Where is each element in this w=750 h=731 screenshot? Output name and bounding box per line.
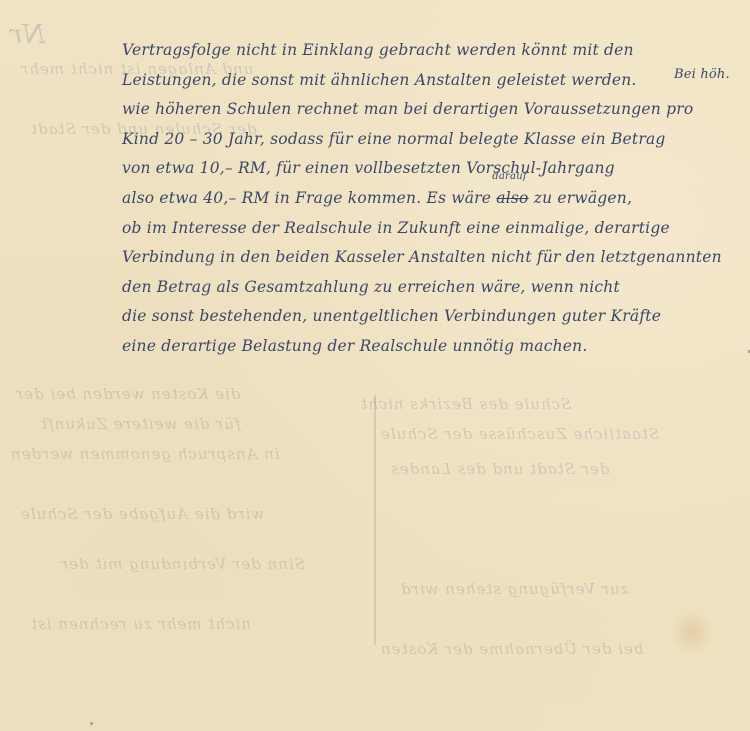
bleed-line: der Stadt und des Landes: [390, 460, 609, 478]
document-page: Nr und Anlagen ist nicht mehr der Schule…: [0, 0, 750, 731]
paper-stain: [668, 612, 716, 654]
bleed-line: Sinn der Verbindung mit der: [60, 555, 305, 573]
text-line-content: also etwa 40,– RM in Frage kommen. Es wä…: [122, 189, 491, 207]
text-line-content: zu erwägen,: [534, 189, 632, 207]
bleed-margin-mark: Nr: [10, 20, 45, 50]
text-line-content: Kind 20 – 30 Jahr, sodass für eine norma…: [122, 130, 666, 148]
line-suffix-annotation: Bei höh.: [674, 60, 730, 90]
bleed-line: wird die Aufgabe der Schule: [20, 505, 264, 523]
text-line: von etwa 10,– RM, für einen vollbesetzte…: [122, 154, 742, 184]
text-line: Verbindung in den beiden Kasseler Anstal…: [122, 243, 742, 273]
bleed-line: bei der Übernahme der Kosten: [380, 640, 643, 658]
handwritten-text-block: Vertragsfolge nicht in Einklang gebracht…: [122, 36, 742, 362]
text-line: Kind 20 – 30 Jahr, sodass für eine norma…: [122, 125, 742, 155]
text-line-content: die sonst bestehenden, unentgeltlichen V…: [122, 307, 661, 325]
text-line: eine derartige Belastung der Realschule …: [122, 332, 742, 362]
text-line: Leistungen, die sonst mit ähnlichen Anst…: [122, 66, 742, 96]
text-line-content: Verbindung in den beiden Kasseler Anstal…: [122, 248, 722, 266]
text-line-content: von etwa 10,– RM, für einen vollbesetzte…: [122, 159, 615, 177]
struck-word: also: [496, 189, 528, 207]
text-line: also etwa 40,– RM in Frage kommen. Es wä…: [122, 184, 742, 214]
bleed-line: zur Verfügung stehen wird: [400, 580, 629, 598]
bleed-line: in Anspruch genommen werden: [10, 445, 280, 463]
text-line: ob im Interesse der Realschule in Zukunf…: [122, 214, 742, 244]
text-line-content: Vertragsfolge nicht in Einklang gebracht…: [122, 41, 634, 59]
text-line: den Betrag als Gesamtzahlung zu erreiche…: [122, 273, 742, 303]
text-line-content: ob im Interesse der Realschule in Zukunf…: [122, 219, 670, 237]
bleed-line: die Kosten werden bei der: [15, 385, 240, 403]
bleed-line: für die weitere Zukunft: [40, 415, 241, 433]
text-line-content: eine derartige Belastung der Realschule …: [122, 337, 587, 355]
paper-fold-line: [374, 395, 376, 645]
bleed-line: Schule des Bezirks nicht: [360, 395, 571, 413]
text-line: Vertragsfolge nicht in Einklang gebracht…: [122, 36, 742, 66]
text-line-content: den Betrag als Gesamtzahlung zu erreiche…: [122, 278, 620, 296]
bleed-line: nicht mehr zu rechnen ist: [30, 615, 251, 633]
text-line-content: wie höheren Schulen rechnet man bei dera…: [122, 100, 693, 118]
text-line-content: Leistungen, die sonst mit ähnlichen Anst…: [122, 71, 637, 89]
text-line: die sonst bestehenden, unentgeltlichen V…: [122, 302, 742, 332]
paper-speck: [90, 722, 93, 725]
text-line: wie höheren Schulen rechnet man bei dera…: [122, 95, 742, 125]
inserted-word: darauf: [492, 172, 526, 182]
bleed-line: Staatliche Zuschüsse der Schule: [380, 425, 659, 443]
